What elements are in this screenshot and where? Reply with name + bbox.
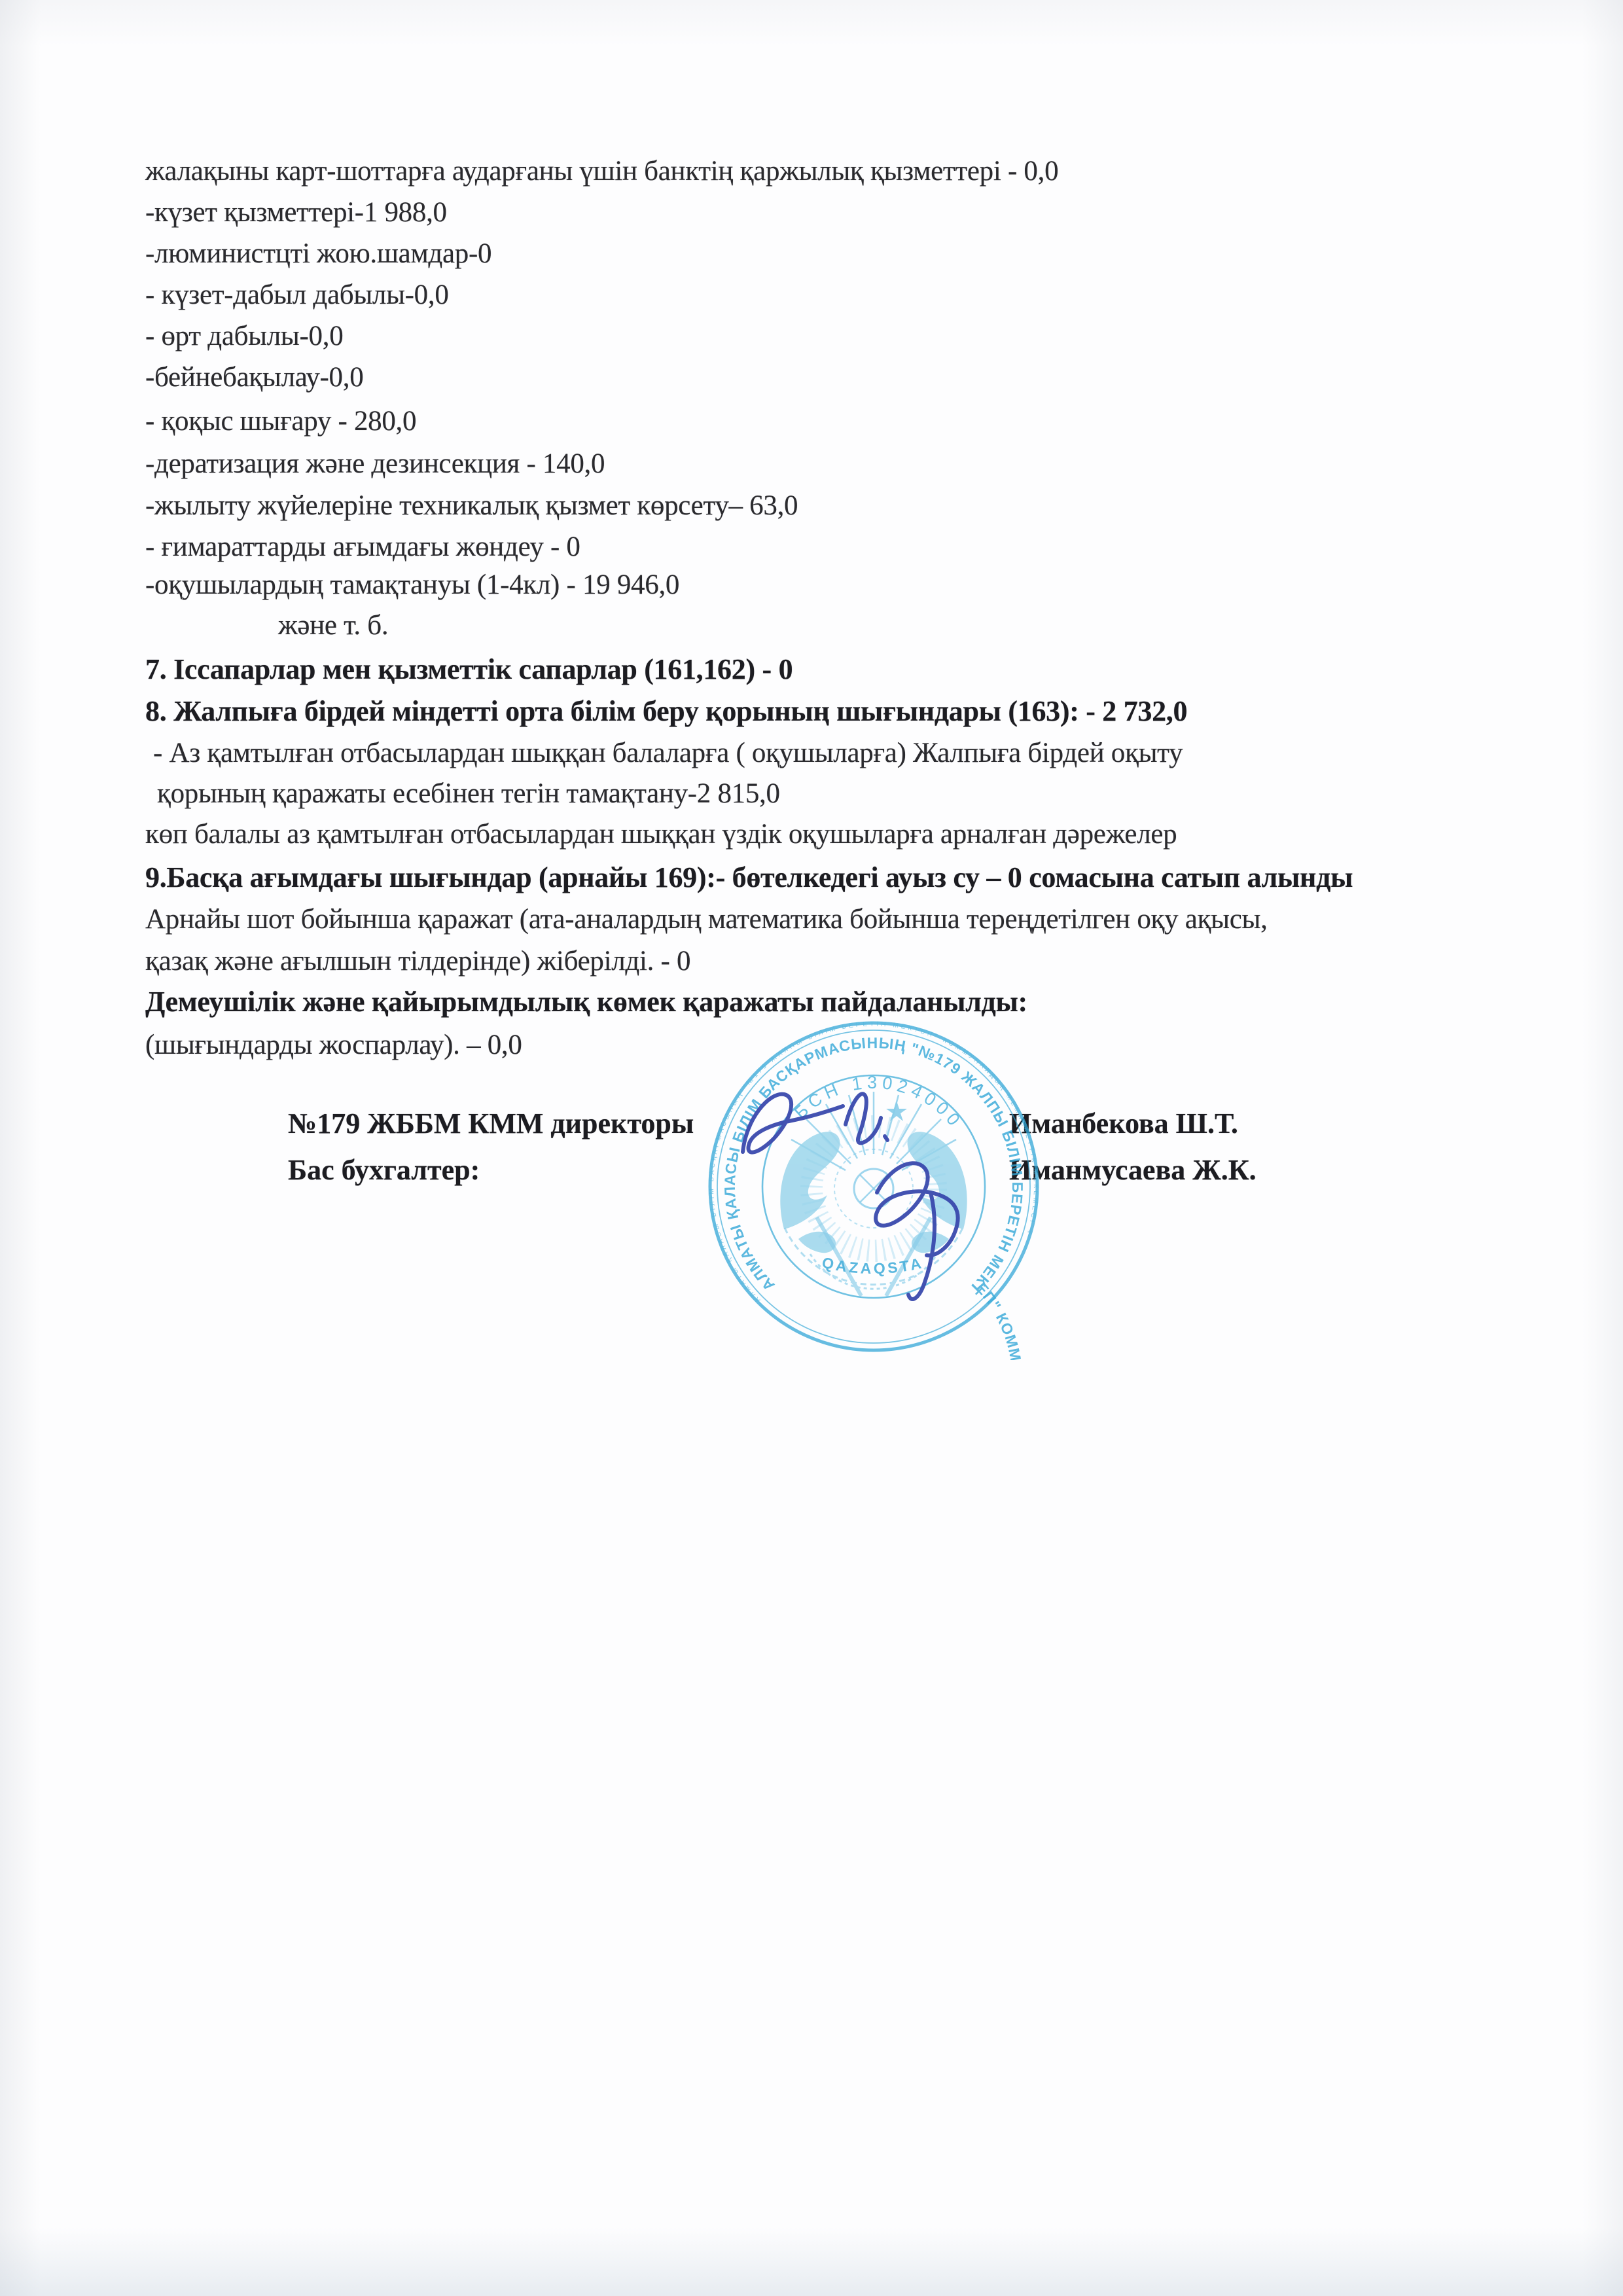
document-line: - ғимараттарды ағымдағы жөндеу - 0: [145, 531, 580, 563]
document-line: - өрт дабылы-0,0: [145, 320, 343, 352]
director-signature: [743, 1094, 887, 1152]
accountant-signature: [876, 1163, 958, 1299]
accountant-title: Бас бухгалтер:: [288, 1153, 480, 1187]
signature-strokes: [681, 1041, 995, 1329]
document-line: жалақыны карт-шоттарға аударғаны үшін ба…: [145, 155, 1058, 187]
document-line: қазақ және ағылшын тілдерінде) жіберілді…: [145, 945, 690, 977]
document-line: - күзет-дабыл дабылы-0,0: [145, 279, 449, 311]
document-line: -оқушылардың тамақтануы (1-4кл) - 19 946…: [145, 569, 679, 601]
document-heading-9: 9.Басқа ағымдағы шығындар (арнайы 169):-…: [145, 861, 1353, 895]
document-line: -дератизация және дезинсекция - 140,0: [145, 448, 605, 480]
director-title: №179 ЖББМ КММ директоры: [288, 1107, 694, 1140]
ink-signatures: [681, 1041, 995, 1329]
document-heading-7: 7. Іссапарлар мен қызметтік сапарлар (16…: [145, 653, 793, 687]
document-line: көп балалы аз қамтылған отбасылардан шық…: [145, 818, 1177, 850]
document-line: -люминистцті жою.шамдар-0: [145, 238, 491, 270]
document-heading-8: 8. Жалпыға бірдей міндетті орта білім бе…: [145, 695, 1187, 728]
document-line: -жылыту жүйелеріне техникалық қызмет көр…: [145, 490, 798, 522]
document-line: - Аз қамтылған отбасылардан шыққан балал…: [153, 737, 1183, 769]
document-line: (шығындарды жоспарлау). – 0,0: [145, 1029, 522, 1061]
document-line: Арнайы шот бойынша қаражат (ата-аналарды…: [145, 903, 1268, 935]
document-line: қорының қаражаты есебінен тегін тамақтан…: [157, 778, 780, 810]
document-line: -бейнебақылау-0,0: [145, 361, 363, 393]
document-line: -күзет қызметтері-1 988,0: [145, 196, 447, 228]
document-line: және т. б.: [278, 609, 388, 641]
scanned-document-page: жалақыны карт-шоттарға аударғаны үшін ба…: [0, 0, 1623, 2296]
document-line: - қоқыс шығару - 280,0: [145, 405, 416, 437]
